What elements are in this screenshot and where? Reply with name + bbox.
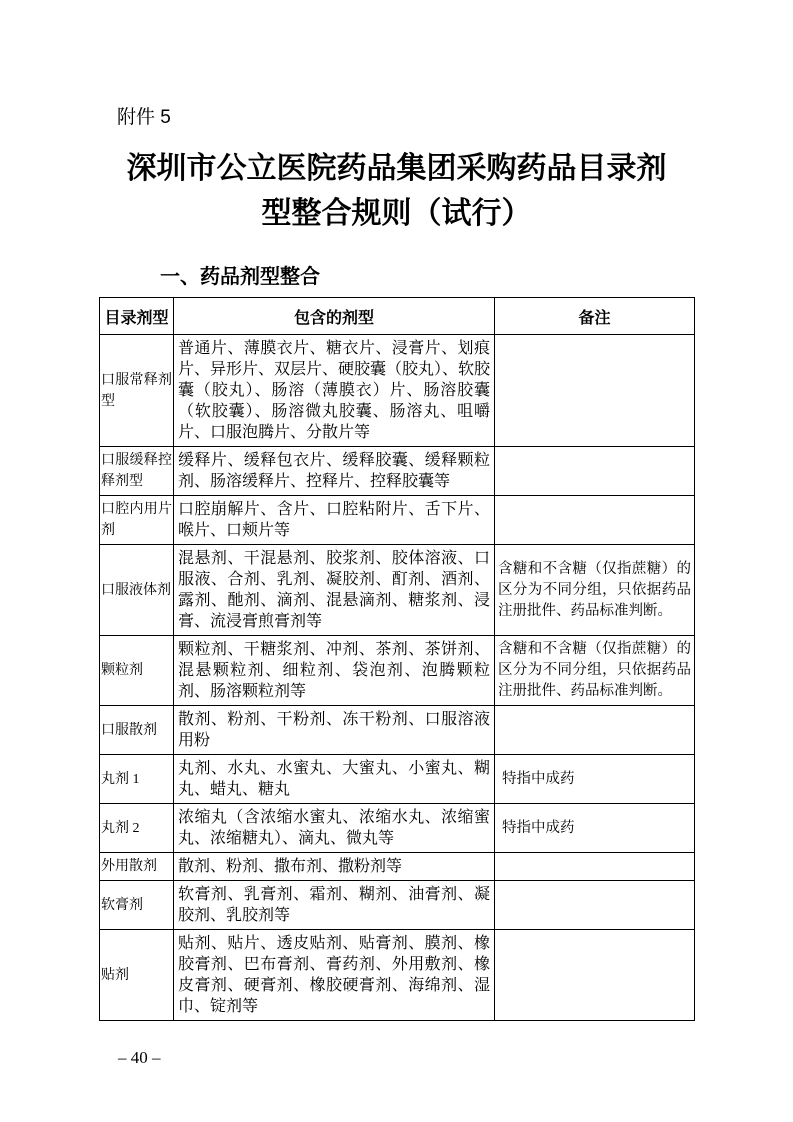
note-cell: 特指中成药 [495, 755, 695, 804]
table-row: 颗粒剂颗粒剂、干糖浆剂、冲剂、茶剂、茶饼剂、混悬颗粒剂、细粒剂、袋泡剂、泡腾颗粒… [100, 636, 695, 706]
column-header-note: 备注 [495, 298, 695, 335]
dosage-form-table: 目录剂型 包含的剂型 备注 口服常释剂型普通片、薄膜衣片、糖衣片、浸膏片、划痕片… [99, 297, 695, 1021]
forms-cell: 口腔崩解片、含片、口腔粘附片、舌下片、喉片、口颊片等 [174, 496, 495, 545]
category-cell: 口服液体剂 [100, 545, 174, 636]
table-row: 丸剂 2浓缩丸（含浓缩水蜜丸、浓缩水丸、浓缩蜜丸、浓缩糖丸）、滴丸、微丸等特指中… [100, 804, 695, 853]
category-cell: 软膏剂 [100, 881, 174, 930]
forms-cell: 颗粒剂、干糖浆剂、冲剂、茶剂、茶饼剂、混悬颗粒剂、细粒剂、袋泡剂、泡腾颗粒剂、肠… [174, 636, 495, 706]
table-row: 丸剂 1丸剂、水丸、水蜜丸、大蜜丸、小蜜丸、糊丸、蜡丸、糖丸特指中成药 [100, 755, 695, 804]
forms-cell: 浓缩丸（含浓缩水蜜丸、浓缩水丸、浓缩蜜丸、浓缩糖丸）、滴丸、微丸等 [174, 804, 495, 853]
forms-cell: 散剂、粉剂、干粉剂、冻干粉剂、口服溶液用粉 [174, 706, 495, 755]
column-header-forms: 包含的剂型 [174, 298, 495, 335]
attachment-label: 附件 5 [117, 106, 793, 130]
note-cell [495, 496, 695, 545]
table-row: 口服散剂散剂、粉剂、干粉剂、冻干粉剂、口服溶液用粉 [100, 706, 695, 755]
note-cell: 含糖和不含糖（仅指蔗糖）的区分为不同分组，只依据药品注册批件、药品标准判断。 [495, 545, 695, 636]
forms-cell: 混悬剂、干混悬剂、胶浆剂、胶体溶液、口服液、合剂、乳剂、凝胶剂、酊剂、酒剂、露剂… [174, 545, 495, 636]
table-row: 外用散剂散剂、粉剂、撒布剂、撒粉剂等 [100, 853, 695, 881]
table-row: 口服缓释控释剂型缓释片、缓释包衣片、缓释胶囊、缓释颗粒剂、肠溶缓释片、控释片、控… [100, 447, 695, 496]
table-row: 口腔内用片剂口腔崩解片、含片、口腔粘附片、舌下片、喉片、口颊片等 [100, 496, 695, 545]
note-cell [495, 853, 695, 881]
note-cell: 特指中成药 [495, 804, 695, 853]
forms-cell: 普通片、薄膜衣片、糖衣片、浸膏片、划痕片、异形片、双层片、硬胶囊（胶丸）、软胶囊… [174, 335, 495, 447]
category-cell: 丸剂 2 [100, 804, 174, 853]
note-cell [495, 706, 695, 755]
category-cell: 颗粒剂 [100, 636, 174, 706]
forms-cell: 缓释片、缓释包衣片、缓释胶囊、缓释颗粒剂、肠溶缓释片、控释片、控释胶囊等 [174, 447, 495, 496]
document-page: 附件 5 深圳市公立医院药品集团采购药品目录剂型整合规则（试行） 一、药品剂型整… [0, 0, 793, 1122]
forms-cell: 丸剂、水丸、水蜜丸、大蜜丸、小蜜丸、糊丸、蜡丸、糖丸 [174, 755, 495, 804]
table-row: 口服液体剂混悬剂、干混悬剂、胶浆剂、胶体溶液、口服液、合剂、乳剂、凝胶剂、酊剂、… [100, 545, 695, 636]
table-header-row: 目录剂型 包含的剂型 备注 [100, 298, 695, 335]
page-number: – 40 – [118, 1047, 793, 1069]
category-cell: 外用散剂 [100, 853, 174, 881]
note-cell: 含糖和不含糖（仅指蔗糖）的区分为不同分组，只依据药品注册批件、药品标准判断。 [495, 636, 695, 706]
category-cell: 口服常释剂型 [100, 335, 174, 447]
forms-cell: 散剂、粉剂、撒布剂、撒粉剂等 [174, 853, 495, 881]
category-cell: 口服散剂 [100, 706, 174, 755]
section-heading: 一、药品剂型整合 [160, 264, 793, 290]
document-title: 深圳市公立医院药品集团采购药品目录剂型整合规则（试行） [117, 146, 677, 236]
table-row: 贴剂贴剂、贴片、透皮贴剂、贴膏剂、膜剂、橡胶膏剂、巴布膏剂、膏药剂、外用敷剂、橡… [100, 930, 695, 1021]
note-cell [495, 930, 695, 1021]
category-cell: 丸剂 1 [100, 755, 174, 804]
table-row: 口服常释剂型普通片、薄膜衣片、糖衣片、浸膏片、划痕片、异形片、双层片、硬胶囊（胶… [100, 335, 695, 447]
note-cell [495, 447, 695, 496]
note-cell [495, 335, 695, 447]
table-row: 软膏剂软膏剂、乳膏剂、霜剂、糊剂、油膏剂、凝胶剂、乳胶剂等 [100, 881, 695, 930]
note-cell [495, 881, 695, 930]
category-cell: 口服缓释控释剂型 [100, 447, 174, 496]
forms-cell: 软膏剂、乳膏剂、霜剂、糊剂、油膏剂、凝胶剂、乳胶剂等 [174, 881, 495, 930]
category-cell: 口腔内用片剂 [100, 496, 174, 545]
column-header-category: 目录剂型 [100, 298, 174, 335]
forms-cell: 贴剂、贴片、透皮贴剂、贴膏剂、膜剂、橡胶膏剂、巴布膏剂、膏药剂、外用敷剂、橡皮膏… [174, 930, 495, 1021]
category-cell: 贴剂 [100, 930, 174, 1021]
